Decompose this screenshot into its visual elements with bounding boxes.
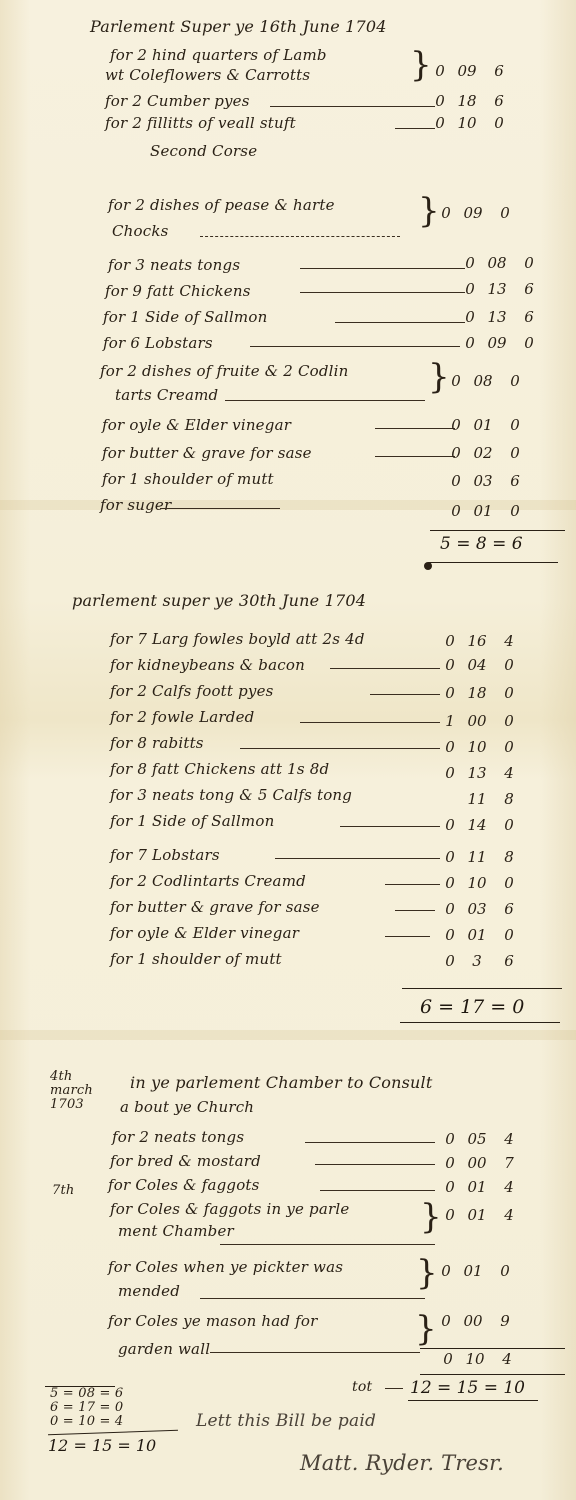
item-amount: 0080 [446,372,530,390]
item-amount: 0100 [430,114,514,132]
leader-line [335,322,465,323]
item-text: for 2 fowle Larded [110,708,254,726]
subtotal-rule [420,1374,565,1375]
item-text: for 1 shoulder of mutt [110,950,282,968]
leader-line [385,884,440,885]
leader-line [330,668,440,669]
item-text: for 2 dishes of pease & harte [108,196,335,214]
item-text: for 3 neats tong & 5 Calfs tong [110,786,352,804]
item-text: for oyle & Elder vinegar [110,924,299,942]
section-3-subtotal: 0104 [438,1350,522,1368]
section-2-heading: parlement super ye 30th June 1704 [72,592,366,610]
item-amount: 0100 [440,874,524,892]
item-text: for 2 hind quarters of Lamb [110,46,327,64]
approval-note: Lett this Bill be paid [196,1412,376,1430]
brace: } [410,48,432,82]
leader-line [240,748,440,749]
item-amount: 0118 [440,848,524,866]
item-text: for 2 dishes of fruite & 2 Codlin [100,362,349,380]
section-2-total: 6 = 17 = 0 [420,996,524,1018]
leader-line [300,292,465,293]
leader-line [270,106,435,107]
item-amount: 0014 [440,1206,524,1224]
item-text: for 2 Cumber pyes [105,92,250,110]
leader-line [385,1388,403,1389]
item-amount: 0136 [460,280,544,298]
paper-fold [0,1030,576,1040]
item-amount: 0007 [440,1154,524,1172]
total-rule [402,988,562,989]
date-note: 4th march 1703 [50,1070,110,1112]
total-rule [408,1400,538,1401]
item-text: for 9 fatt Chickens [105,282,251,300]
item-amount: 0020 [446,444,530,462]
item-amount: 0010 [446,502,530,520]
item-amount: 0186 [430,92,514,110]
item-text: for 1 Side of Sallmon [110,812,274,830]
item-text: for 3 neats tongs [108,256,240,274]
item-text: for kidneybeans & bacon [110,656,305,674]
item-amount: 0136 [460,308,544,326]
item-text: for 8 fatt Chickens att 1s 8d [110,760,329,778]
leader-line [370,694,440,695]
grand-total: 12 = 15 = 10 [410,1378,525,1398]
item-text-cont: tarts Creamd [115,386,218,404]
item-text: for 2 Codlintarts Creamd [110,872,306,890]
brace: } [416,1256,438,1290]
item-amount: 0054 [440,1130,524,1148]
item-amount: 0036 [446,472,530,490]
item-amount: 0164 [440,632,524,650]
ink-blot [424,562,432,570]
item-amount: 0134 [440,764,524,782]
leader-line [225,400,425,401]
leader-line [315,1164,435,1165]
leader-line [385,936,430,937]
leader-line [250,346,460,347]
summary-rule [48,1430,178,1436]
total-rule [430,530,565,531]
item-text: for butter & grave for sase [110,898,320,916]
section-1-heading: Parlement Super ye 16th June 1704 [90,18,387,36]
leader-line [305,1142,435,1143]
item-text: for bred & mostard [110,1152,261,1170]
item-text: for 8 rabitts [110,734,204,752]
total-rule [400,1022,560,1023]
item-text: for oyle & Elder vinegar [102,416,291,434]
total-rule [428,562,558,563]
leader-line [340,826,440,827]
leader-line [395,910,435,911]
item-text-cont: garden wall [118,1340,210,1358]
leader-line [320,1190,435,1191]
summary-total: 12 = 15 = 10 [48,1436,156,1455]
item-text: for butter & grave for sase [102,444,312,462]
item-amount: 118 [440,790,524,808]
item-amount: 0080 [460,254,544,272]
item-amount: 0009 [436,1312,520,1330]
section-3-heading-cont: a bout ye Church [120,1098,254,1116]
item-amount: 0010 [436,1262,520,1280]
item-amount: 0096 [430,62,514,80]
item-amount: 0040 [440,656,524,674]
leader-line [220,1244,435,1245]
item-amount: 0180 [440,684,524,702]
item-text: for Coles ye mason had for [108,1312,318,1330]
item-text: for 6 Lobstars [103,334,213,352]
section-3-heading: in ye parlement Chamber to Consult [130,1074,432,1092]
item-amount: 0010 [440,926,524,944]
subtotal-rule [420,1348,565,1349]
item-amount: 0140 [440,816,524,834]
leader-line [375,428,455,429]
item-amount: 0100 [440,738,524,756]
leader-line [300,268,465,269]
leader-line [300,722,440,723]
signature: Matt. Ryder. Tresr. [300,1454,504,1472]
margin-note: 7th [52,1182,74,1200]
item-text-cont: Chocks [112,222,169,240]
total-label: tot [352,1378,372,1396]
item-amount: 0090 [436,204,520,222]
item-text: for 7 Larg fowles boyld att 2s 4d [110,630,365,648]
item-text: for 1 shoulder of mutt [102,470,274,488]
item-text: for 7 Lobstars [110,846,220,864]
item-amount: 0090 [460,334,544,352]
summary-line: 6 = 17 = 0 [50,1401,123,1415]
item-text: for 2 Calfs foott pyes [110,682,274,700]
summary-line: 0 = 10 = 4 [50,1415,123,1429]
item-amount: 0014 [440,1178,524,1196]
leader-line [200,1298,425,1299]
item-text: for Coles when ye pickter was [108,1258,343,1276]
item-text: for Coles & faggots [108,1176,260,1194]
leader-line [160,508,280,509]
summary-line: 5 = 08 = 6 [50,1387,123,1401]
item-text-cont: mended [118,1282,180,1300]
leader-line [275,858,440,859]
item-text-cont: ment Chamber [118,1222,234,1240]
item-text: for suger [100,496,171,514]
subheading: Second Corse [150,142,257,160]
leader-line [200,236,400,237]
item-text-cont: wt Coleflowers & Carrotts [105,66,310,84]
item-amount: 1000 [440,712,524,730]
item-text: for 2 neats tongs [112,1128,244,1146]
item-text: for 2 fillitts of veall stuft [105,114,296,132]
leader-line [210,1352,420,1353]
item-amount: 036 [440,952,524,970]
item-amount: 0010 [446,416,530,434]
brace: } [415,1312,437,1346]
item-text: for Coles & faggots in ye parle [110,1200,349,1218]
item-amount: 0036 [440,900,524,918]
section-1-total: 5 = 8 = 6 [440,534,523,554]
item-text: for 1 Side of Sallmon [103,308,267,326]
leader-line [395,128,435,129]
bill-page: Parlement Super ye 16th June 1704 for 2 … [0,0,576,1500]
brace: } [420,1200,442,1234]
leader-line [375,456,455,457]
